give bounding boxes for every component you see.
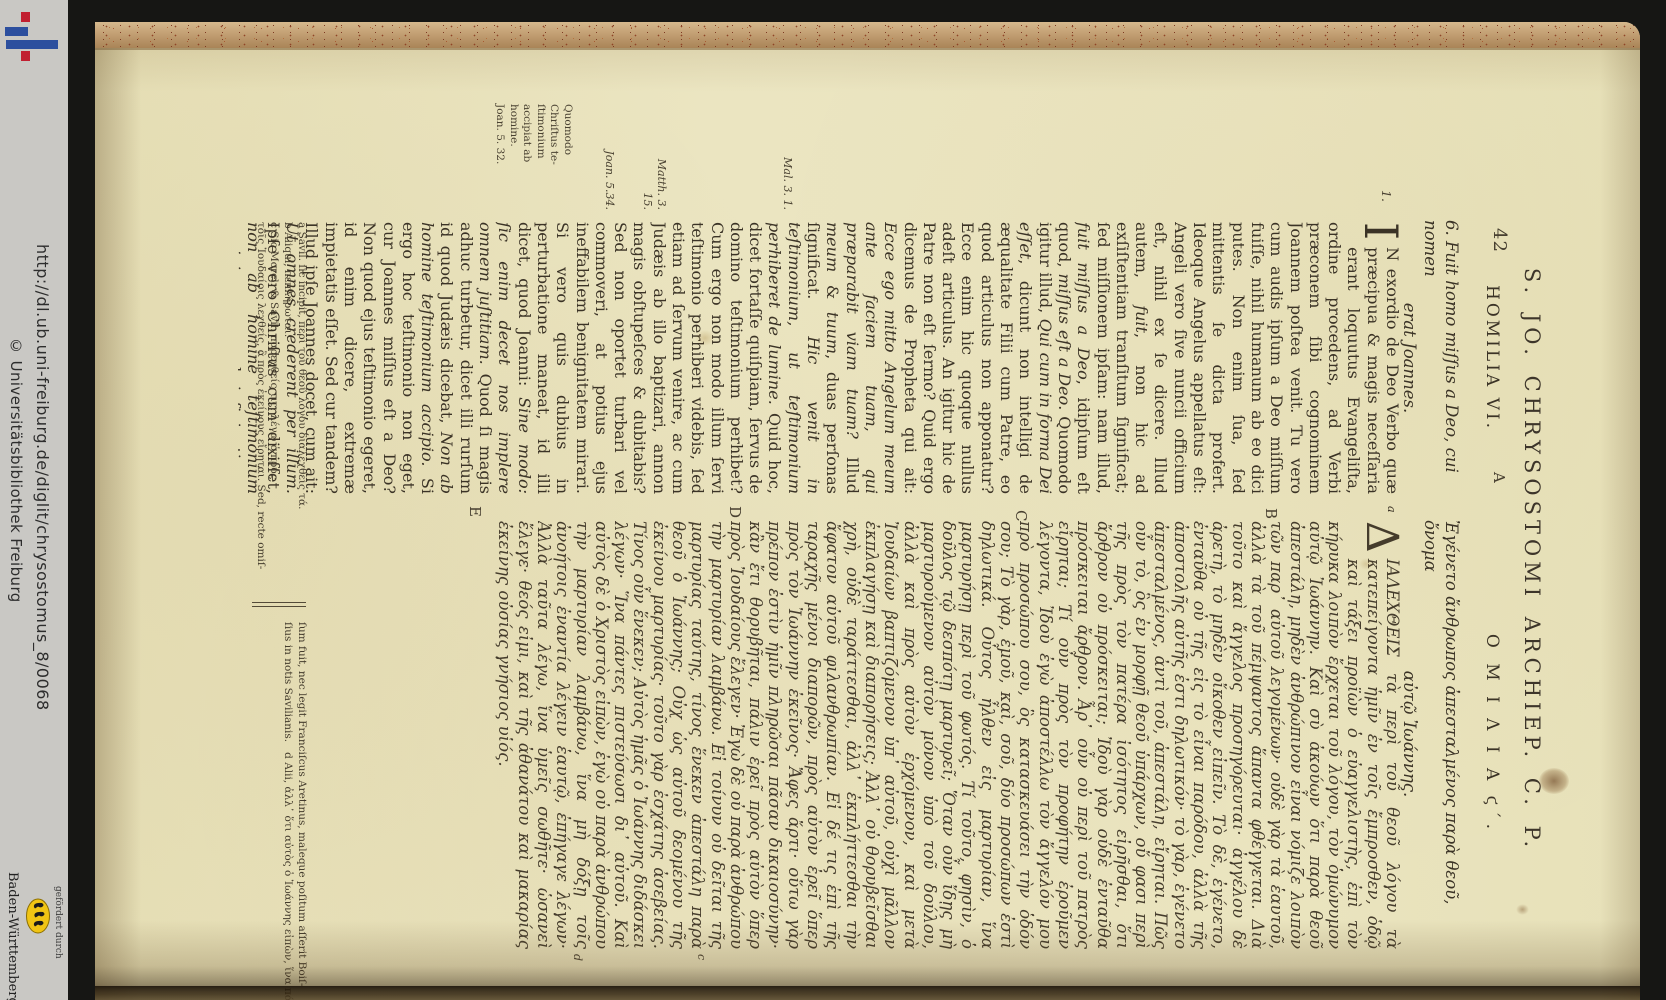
running-header: S. JO. CHRYSOSTOMI ARCHIEP. C. P. (1520, 120, 1544, 1000)
latin-body-column: IN exordio de Deo Verbo quæ præcipua & m… (238, 222, 1402, 494)
logo-blue-bar-long (6, 40, 58, 49)
ub-freiburg-logo-icon (0, 0, 68, 70)
greek-pericope: Ἐγένετο ἄνθρωπος ἀπεσταλμένος παρὰ θεοῦ,… (1399, 520, 1462, 948)
margin-note-matthew: Matth. 3. 15. (641, 110, 668, 210)
gutter-letter-b: B (1262, 508, 1280, 519)
latin-pericope-line1: 6. Fuit homo miſſus a Deo, cui nomen (1420, 220, 1462, 496)
paragraph-number: 1. (1379, 190, 1394, 202)
margin-note-quomodo: Quomodo Chriſtus te- ſtimonium accipiat … (493, 104, 574, 210)
footnotes-left-block: a Savil. ſic incipit, περὶ τοῦ θεοῦ λόγο… (253, 222, 308, 594)
latin-homily-title: HOMILIA VI. (1482, 222, 1502, 494)
greek-pericope-line1: Ἐγένετο ἄνθρωπος ἀπεσταλμένος παρὰ θεοῦ,… (1420, 520, 1462, 948)
logo-red-square-top (21, 12, 30, 22)
footnote-divider-rule (252, 602, 306, 607)
latin-drop-cap: I (1361, 222, 1402, 247)
gutter-letter-d: D (726, 506, 744, 518)
greek-body-text: ΙΑΛΕΧΘΕΙΣ τὰ περὶ τοῦ θεοῦ λόγου τὰ κατε… (495, 521, 1402, 949)
latin-body-text: N exordio de Deo Verbo quæ præcipua & ma… (238, 222, 1402, 494)
greek-drop-cap: Δ (1361, 521, 1402, 559)
greek-footnote-marker-a: a (1385, 506, 1398, 513)
gutter-letter-c: C (1012, 510, 1030, 521)
source-url-text: http://dl.ub.uni-freiburg.de/diglit/chry… (33, 244, 52, 711)
book-page-scan: 42 S. JO. CHRYSOSTOMI ARCHIEP. C. P. HOM… (95, 22, 1640, 1000)
latin-pericope-line2: erat Joannes. (1399, 220, 1420, 496)
latin-pericope: 6. Fuit homo miſſus a Deo, cui nomen era… (1399, 220, 1462, 496)
margin-note-john-5-34: Joan. 5.34. (603, 110, 617, 210)
binding-gutter-shadow (95, 986, 1640, 1000)
funded-by-region: Baden-Württemberg (5, 872, 20, 1000)
gutter-letter-a: A (1490, 472, 1508, 483)
gutter-letter-e: E (466, 506, 484, 517)
greek-body-column: ΔΙΑΛΕΧΘΕΙΣ τὰ περὶ τοῦ θεοῦ λόγου τὰ κατ… (238, 521, 1402, 949)
baden-wuerttemberg-arms-icon (20, 898, 56, 938)
right-margin-marker-c: c (695, 954, 708, 960)
greek-pericope-line2: αὐτῷ Ἰωάννης. (1399, 520, 1420, 948)
copyright-text: © Universitätsbibliothek Freiburg (7, 337, 25, 603)
margin-note-malachi: Mal. 3. 1. (781, 110, 795, 210)
right-margin-marker-d: d (571, 954, 584, 961)
logo-blue-bar-short (5, 27, 28, 36)
greek-homily-title: Ο Μ Ι Λ Ι Α ϛ´. (1482, 522, 1502, 946)
footnotes-right-block: ſum fuit, nec legit Franciſcus Aretinus,… (280, 622, 308, 967)
page-content-rotated: 42 S. JO. CHRYSOSTOMI ARCHIEP. C. P. HOM… (95, 22, 1640, 1000)
book-fore-edge-speckled (95, 22, 1640, 48)
logo-red-square-bottom (21, 51, 30, 61)
viewer-side-strip: http://dl.ub.uni-freiburg.de/diglit/chry… (0, 0, 68, 1000)
